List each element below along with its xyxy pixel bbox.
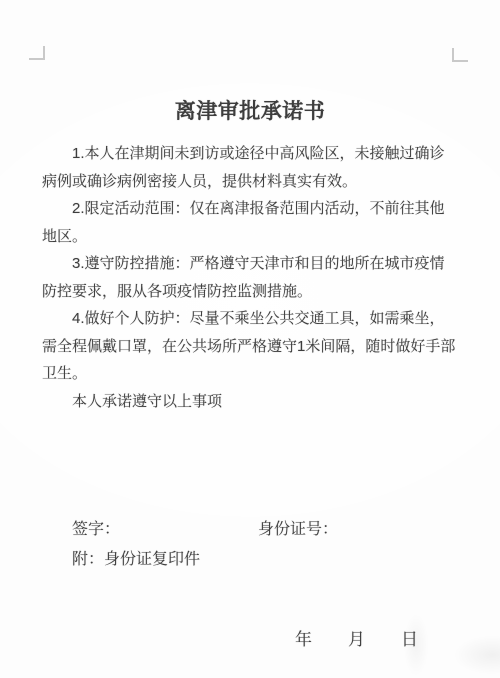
- document-title: 离津审批承诺书: [0, 95, 500, 125]
- id-number-label: 身份证号：: [258, 516, 338, 543]
- document-page: 离津审批承诺书 1.本人在津期间未到访或途径中高风险区，未接触过确诊 病例或确诊…: [0, 0, 500, 678]
- signature-row: 签字： 身份证号：: [0, 516, 500, 543]
- date-row: 年 月 日: [295, 626, 418, 653]
- date-day-label: 日: [401, 626, 418, 653]
- margin-corner-top-right-icon: [452, 48, 468, 62]
- document-body: 1.本人在津期间未到访或途径中高风险区，未接触过确诊 病例或确诊病例密接人员，提…: [42, 140, 458, 415]
- paragraph-4-line-2: 需全程佩戴口罩，在公共场所严格遵守1米间隔，随时做好手部: [42, 333, 458, 361]
- paragraph-1-line-2: 病例或确诊病例密接人员，提供材料真实有效。: [42, 168, 458, 196]
- signature-label: 签字：: [72, 516, 120, 543]
- paragraph-4-line-1: 4.做好个人防护：尽量不乘坐公共交通工具，如需乘坐，: [42, 305, 458, 333]
- paragraph-1-line-1: 1.本人在津期间未到访或途径中高风险区，未接触过确诊: [42, 140, 458, 168]
- paragraph-4-line-3: 卫生。: [42, 360, 458, 388]
- date-year-label: 年: [295, 626, 312, 653]
- paragraph-3-line-1: 3.遵守防控措施：严格遵守天津市和目的地所在城市疫情: [42, 250, 458, 278]
- margin-corner-top-left-icon: [29, 46, 45, 60]
- paragraph-2-line-2: 地区。: [42, 223, 458, 251]
- date-month-label: 月: [348, 626, 365, 653]
- paragraph-2-line-1: 2.限定活动范围：仅在离津报备范围内活动，不前往其他: [42, 195, 458, 223]
- paragraph-3-line-2: 防控要求，服从各项疫情防控监测措施。: [42, 278, 458, 306]
- attachment-note: 附：身份证复印件: [72, 546, 200, 573]
- pledge-line: 本人承诺遵守以上事项: [42, 388, 458, 416]
